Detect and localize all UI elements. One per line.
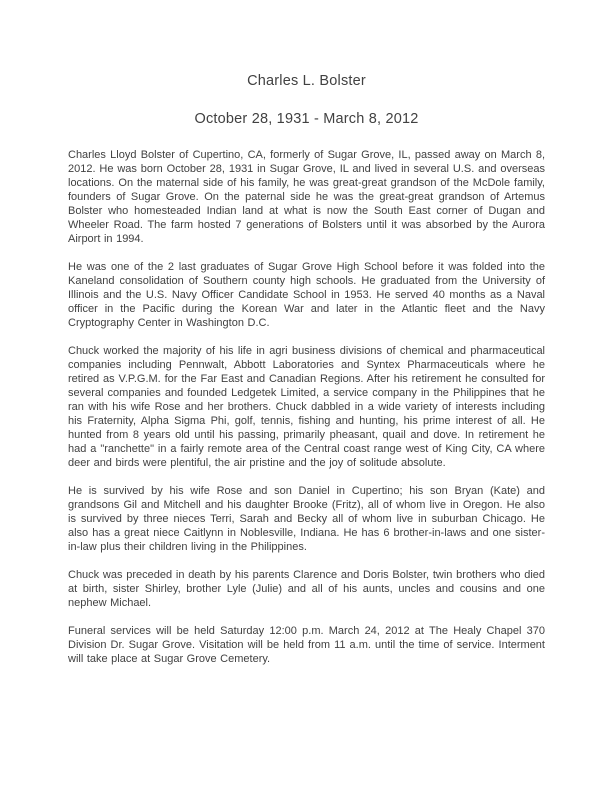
date-range: October 28, 1931 - March 8, 2012 [68, 112, 545, 127]
paragraph-preceded-in-death: Chuck was preceded in death by his paren… [68, 568, 545, 610]
document-page: Charles L. Bolster October 28, 1931 - Ma… [0, 0, 612, 792]
paragraph-funeral-services: Funeral services will be held Saturday 1… [68, 624, 545, 666]
paragraph-survived-by: He is survived by his wife Rose and son … [68, 484, 545, 554]
paragraph-career-interests: Chuck worked the majority of his life in… [68, 344, 545, 470]
obituary-content: Charles L. Bolster October 28, 1931 - Ma… [68, 74, 545, 666]
paragraph-education-service: He was one of the 2 last graduates of Su… [68, 260, 545, 330]
page-title: Charles L. Bolster [68, 74, 545, 89]
paragraph-biography: Charles Lloyd Bolster of Cupertino, CA, … [68, 148, 545, 246]
